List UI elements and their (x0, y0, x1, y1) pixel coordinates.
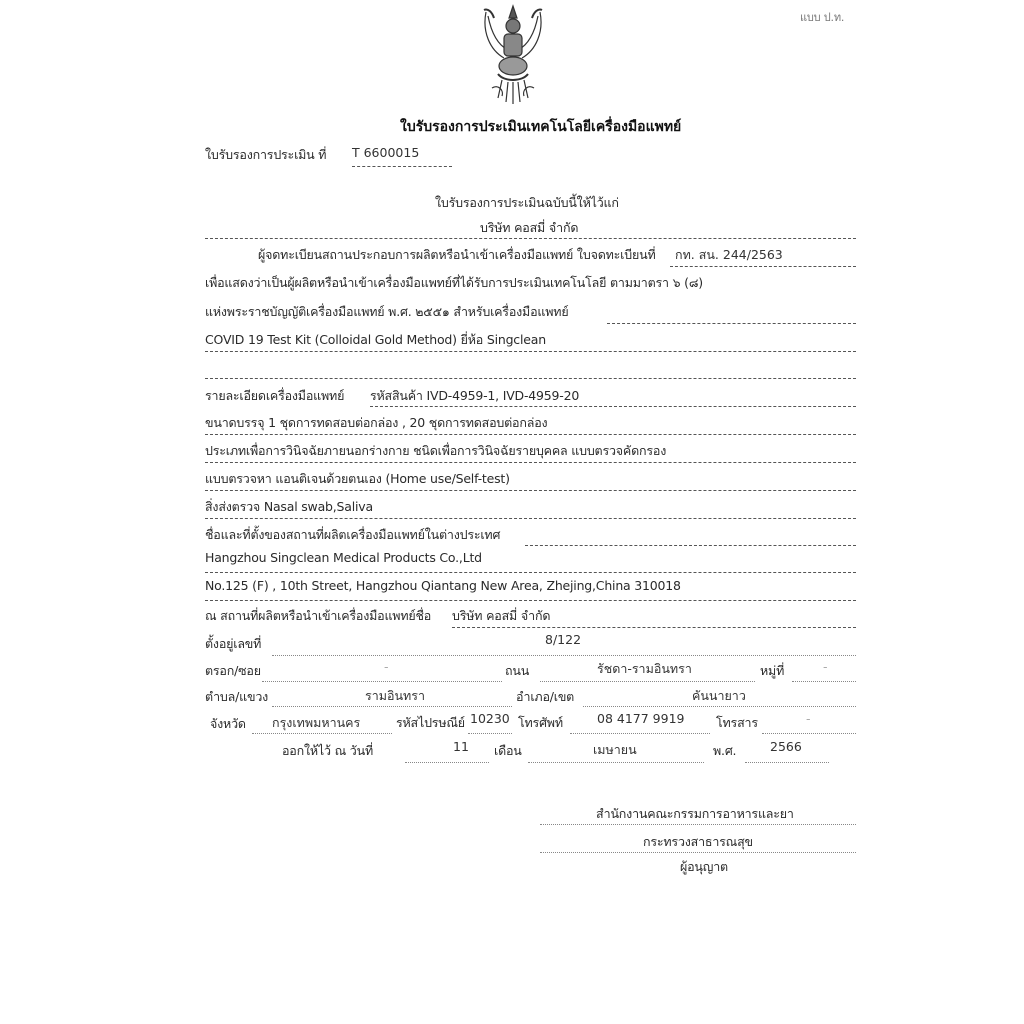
divider (468, 733, 512, 734)
product-code: รหัสสินค้า IVD-4959-1, IVD-4959-20 (370, 386, 579, 406)
divider (262, 681, 502, 682)
signatory-role: ผู้อนุญาต (680, 857, 728, 877)
divider (272, 706, 512, 707)
statement-line-1: เพื่อแสดงว่าเป็นผู้ผลิตหรือนำเข้าเครื่อง… (205, 273, 703, 293)
divider (762, 733, 856, 734)
phone-label: โทรศัพท์ (518, 713, 563, 733)
divider (205, 462, 856, 463)
importer-label: ณ สถานที่ผลิตหรือนำเข้าเครื่องมือแพทย์ชื… (205, 606, 431, 626)
divider (570, 733, 710, 734)
province-value: กรุงเทพมหานคร (272, 713, 360, 733)
district-value: คันนายาว (692, 686, 746, 706)
detail-line: ประเภทเพื่อการวินิจฉัยภายนอกร่างกาย ชนิด… (205, 441, 666, 461)
road-label: ถนน (505, 661, 529, 681)
divider (205, 378, 856, 379)
manufacturer-label: ชื่อและที่ตั้งของสถานที่ผลิตเครื่องมือแพ… (205, 525, 500, 545)
month-label: เดือน (494, 741, 522, 761)
address-number-label: ตั้งอยู่เลขที่ (205, 634, 261, 654)
issue-month: เมษายน (593, 740, 637, 760)
divider (540, 852, 856, 853)
registration-label: ผู้จดทะเบียนสถานประกอบการผลิตหรือนำเข้าเ… (258, 245, 655, 265)
registration-number: กท. สน. 244/2563 (675, 245, 783, 265)
divider (205, 351, 856, 352)
document-title: ใบรับรองการประเมินเทคโนโลยีเครื่องมือแพท… (400, 116, 681, 138)
divider (205, 518, 856, 519)
issue-day: 11 (453, 739, 469, 754)
phone-value: 08 4177 9919 (597, 711, 684, 726)
garuda-emblem-icon (478, 2, 548, 106)
signatory-office: สำนักงานคณะกรรมการอาหารและยา (596, 804, 794, 824)
soi-label: ตรอก/ซอย (205, 661, 261, 681)
certificate-number: T 6600015 (352, 145, 419, 160)
postcode-value: 10230 (470, 711, 510, 726)
divider (205, 572, 856, 573)
postcode-label: รหัสไปรษณีย์ (396, 713, 465, 733)
district-label: อำเภอ/เขต (516, 687, 574, 707)
device-name: COVID 19 Test Kit (Colloidal Gold Method… (205, 330, 546, 350)
road-value: รัชดา-รามอินทรา (597, 659, 692, 679)
moo-label: หมู่ที่ (760, 661, 784, 681)
soi-value: - (384, 659, 389, 674)
issued-to-label: ใบรับรองการประเมินฉบับนี้ให้ไว้แก่ (435, 193, 619, 213)
year-label: พ.ศ. (713, 741, 736, 761)
divider (352, 166, 452, 167)
divider (528, 762, 704, 763)
fax-label: โทรสาร (716, 713, 758, 733)
divider (272, 655, 856, 656)
detail-line: ขนาดบรรจุ 1 ชุดการทดสอบต่อกล่อง , 20 ชุด… (205, 413, 547, 433)
divider (252, 733, 392, 734)
province-label: จังหวัด (210, 714, 246, 734)
divider (583, 706, 856, 707)
divider (205, 434, 856, 435)
divider (205, 600, 856, 601)
address-number: 8/122 (545, 632, 581, 647)
subdistrict-label: ตำบล/แขวง (205, 687, 268, 707)
divider (205, 238, 856, 239)
fax-value: - (806, 711, 811, 726)
divider (370, 406, 856, 407)
divider (205, 490, 856, 491)
manufacturer-address: No.125 (F) , 10th Street, Hangzhou Qiant… (205, 578, 681, 593)
issue-date-label: ออกให้ไว้ ณ วันที่ (282, 741, 373, 761)
divider (670, 266, 856, 267)
statement-line-2: แห่งพระราชบัญญัติเครื่องมือแพทย์ พ.ศ. ๒๕… (205, 302, 568, 322)
importer-name: บริษัท คอสมี่ จำกัด (452, 606, 550, 626)
subdistrict-value: รามอินทรา (365, 686, 425, 706)
divider (405, 762, 489, 763)
divider (525, 545, 856, 546)
manufacturer-name: Hangzhou Singclean Medical Products Co.,… (205, 550, 482, 565)
signatory-ministry: กระทรวงสาธารณสุข (643, 832, 753, 852)
company-name: บริษัท คอสมี่ จำกัด (480, 218, 578, 238)
divider (607, 323, 856, 324)
divider (540, 824, 856, 825)
issue-year: 2566 (770, 739, 802, 754)
details-label: รายละเอียดเครื่องมือแพทย์ (205, 386, 344, 406)
certificate-number-label: ใบรับรองการประเมิน ที่ (205, 145, 326, 165)
detail-line: สิ่งส่งตรวจ Nasal swab,Saliva (205, 497, 373, 517)
divider (452, 627, 856, 628)
detail-line: แบบตรวจหา แอนติเจนด้วยตนเอง (Home use/Se… (205, 469, 510, 489)
divider (792, 681, 856, 682)
divider (745, 762, 829, 763)
form-code: แบบ ป.ท. (800, 8, 844, 26)
moo-value: - (823, 659, 828, 674)
divider (540, 681, 755, 682)
